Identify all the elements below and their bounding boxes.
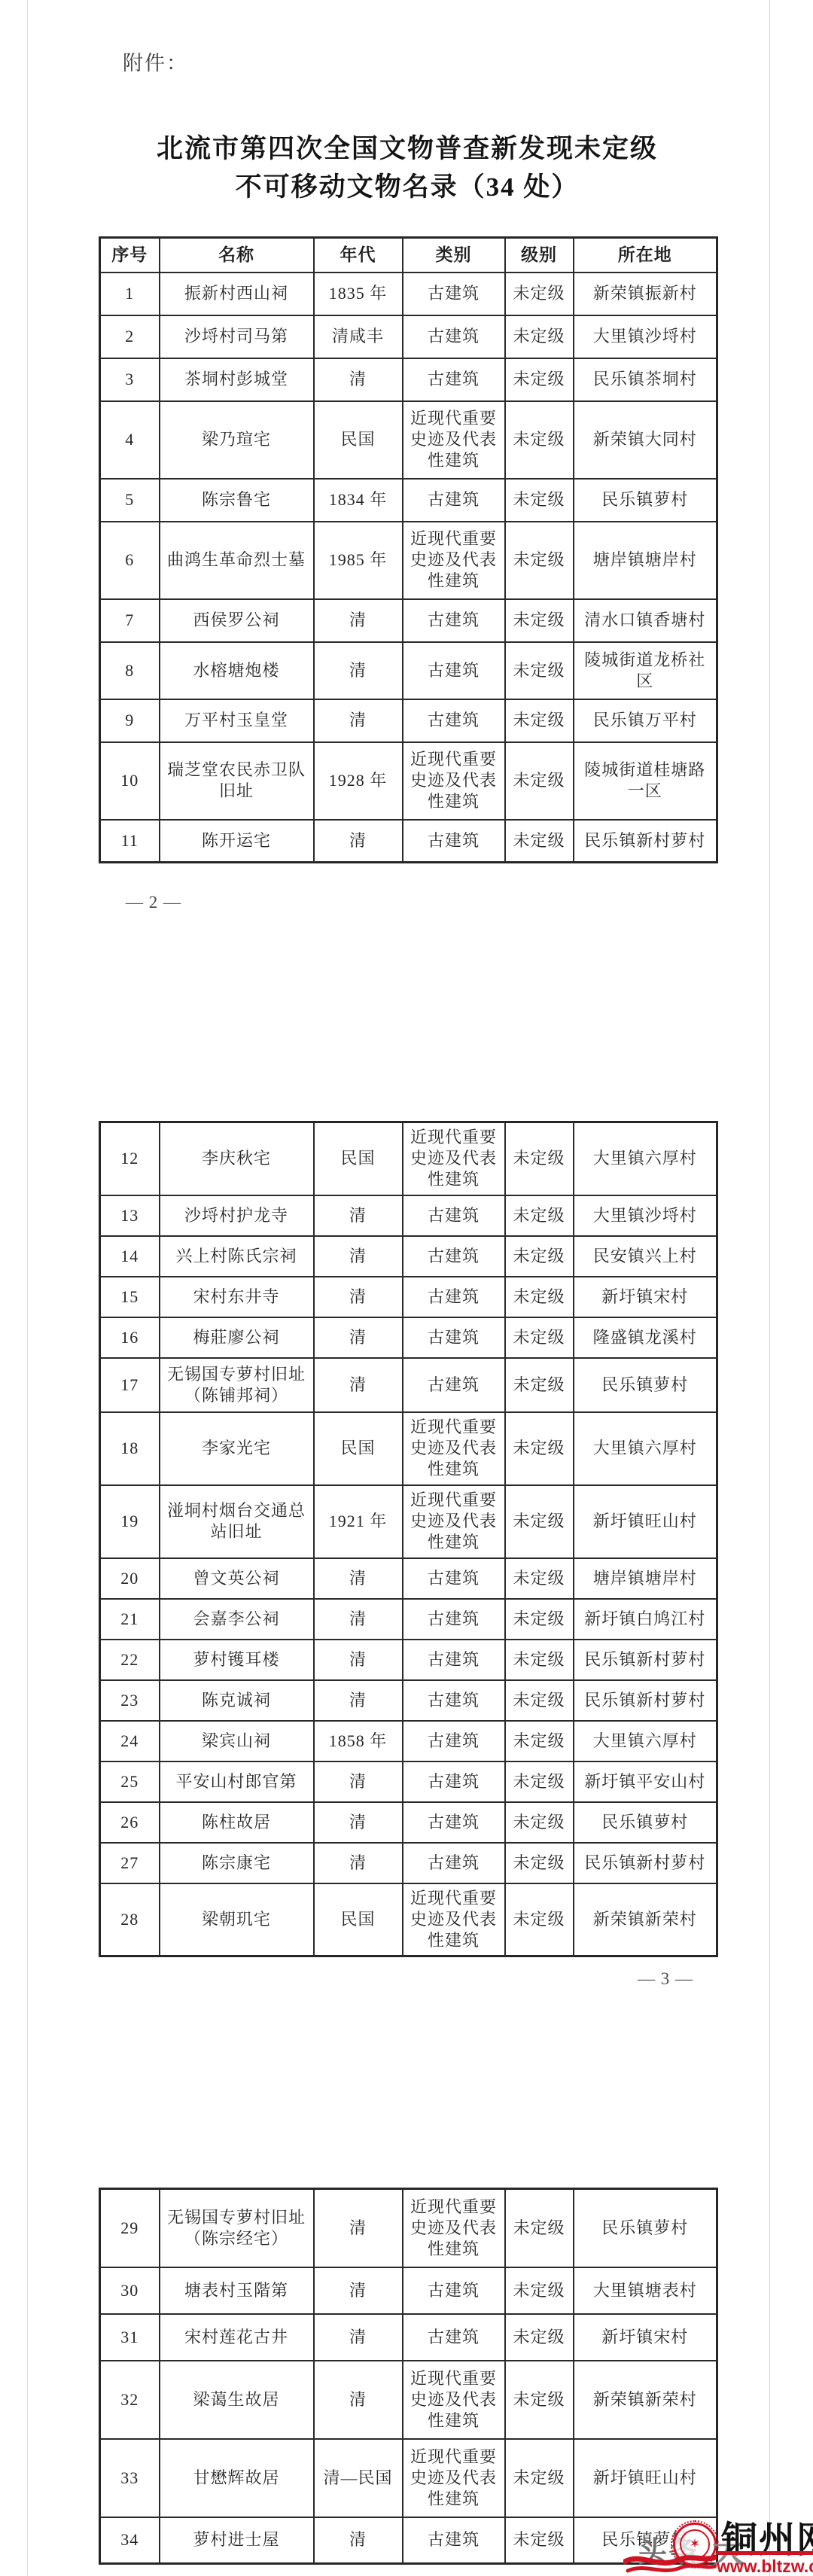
cell-location: 大里镇塘表村 [574, 2267, 717, 2314]
cell-category: 近现代重要史迹及代表性建筑 [403, 2361, 505, 2439]
cell-era: 1921 年 [314, 1485, 403, 1558]
table-row: 13沙埒村护龙寺清古建筑未定级大里镇沙埒村 [100, 1195, 717, 1236]
table-row: 7西侯罗公祠清古建筑未定级清水口镇香塘村 [100, 599, 717, 642]
table-row: 18李家光宅民国近现代重要史迹及代表性建筑未定级大里镇六厚村 [100, 1412, 717, 1485]
site-watermark: 头条 ✶ 大 铜州网 www.bltzw.com [623, 2503, 813, 2576]
cell-category: 古建筑 [403, 1317, 505, 1358]
cell-name: 梁宾山祠 [160, 1721, 314, 1761]
cell-era: 清 [314, 358, 403, 401]
page-edge-line-right [769, 0, 770, 2576]
cell-category: 古建筑 [403, 1721, 505, 1761]
table-row: 1振新村西山祠1835 年古建筑未定级新荣镇振新村 [100, 273, 717, 315]
cell-category: 古建筑 [403, 1195, 505, 1236]
cell-level: 未定级 [505, 1317, 574, 1358]
cell-location: 新圩镇平安山村 [574, 1761, 717, 1802]
cell-name: 萝村进士屋 [160, 2517, 314, 2564]
cell-location: 新荣镇新荣村 [574, 1883, 717, 1956]
cell-category: 近现代重要史迹及代表性建筑 [403, 1122, 505, 1195]
cell-category: 古建筑 [403, 1277, 505, 1317]
cell-level: 未定级 [505, 1721, 574, 1761]
cell-location: 民乐镇万平村 [574, 699, 717, 742]
cell-location: 新圩镇宋村 [574, 2314, 717, 2361]
cell-name: 陈宗康宅 [160, 1843, 314, 1883]
cell-location: 大里镇沙埒村 [574, 315, 717, 358]
cell-category: 古建筑 [403, 2314, 505, 2361]
cell-no: 23 [100, 1680, 160, 1721]
cell-no: 33 [100, 2439, 160, 2517]
cell-category: 古建筑 [403, 1680, 505, 1721]
cell-no: 21 [100, 1599, 160, 1640]
cell-no: 26 [100, 1802, 160, 1843]
table-row: 5陈宗鲁宅1834 年古建筑未定级民乐镇萝村 [100, 479, 717, 522]
watermark-underline [717, 2551, 813, 2555]
table-row: 28梁朝玑宅民国近现代重要史迹及代表性建筑未定级新荣镇新荣村 [100, 1883, 717, 1956]
cell-name: 梁朝玑宅 [160, 1883, 314, 1956]
cell-level: 未定级 [505, 2314, 574, 2361]
cell-no: 31 [100, 2314, 160, 2361]
cell-level: 未定级 [505, 1640, 574, 1680]
cell-name: 茶垌村彭城堂 [160, 358, 314, 401]
cell-name: 梅莊廖公祠 [160, 1317, 314, 1358]
table-row: 32梁蔼生故居清近现代重要史迹及代表性建筑未定级新荣镇新荣村 [100, 2361, 717, 2439]
cell-era: 清 [314, 699, 403, 742]
cell-level: 未定级 [505, 2439, 574, 2517]
cell-name: 塘表村玉階第 [160, 2267, 314, 2314]
cell-era: 清 [314, 1195, 403, 1236]
cell-era: 清咸丰 [314, 315, 403, 358]
cell-era: 清 [314, 2517, 403, 2564]
table-row: 21会嘉李公祠清古建筑未定级新圩镇白鸠江村 [100, 1599, 717, 1640]
cell-no: 14 [100, 1236, 160, 1277]
column-header: 年代 [314, 238, 403, 273]
cell-level: 未定级 [505, 273, 574, 315]
cell-no: 20 [100, 1558, 160, 1599]
cell-location: 新荣镇大同村 [574, 401, 717, 479]
cell-no: 28 [100, 1883, 160, 1956]
table-row: 19湴垌村烟台交通总站旧址1921 年近现代重要史迹及代表性建筑未定级新圩镇旺山… [100, 1485, 717, 1558]
cell-level: 未定级 [505, 315, 574, 358]
cell-category: 古建筑 [403, 273, 505, 315]
cell-level: 未定级 [505, 2189, 574, 2267]
cell-era: 清 [314, 1358, 403, 1412]
cell-category: 近现代重要史迹及代表性建筑 [403, 2189, 505, 2267]
table-row: 16梅莊廖公祠清古建筑未定级隆盛镇龙溪村 [100, 1317, 717, 1358]
document-title-line1: 北流市第四次全国文物普查新发现未定级 [99, 129, 716, 168]
table-row: 2沙埒村司马第清咸丰古建筑未定级大里镇沙埒村 [100, 315, 717, 358]
cell-no: 1 [100, 273, 160, 315]
table-row: 3茶垌村彭城堂清古建筑未定级民乐镇茶垌村 [100, 358, 717, 401]
table-row: 23陈克诚祠清古建筑未定级民乐镇新村萝村 [100, 1680, 717, 1721]
column-header: 级别 [505, 238, 574, 273]
cell-level: 未定级 [505, 1761, 574, 1802]
table-row: 8水榕塘炮楼清古建筑未定级陵城街道龙桥社区 [100, 642, 717, 699]
cell-level: 未定级 [505, 1883, 574, 1956]
cell-era: 清 [314, 1317, 403, 1358]
cell-name: 振新村西山祠 [160, 273, 314, 315]
cell-level: 未定级 [505, 358, 574, 401]
column-header: 类别 [403, 238, 505, 273]
cell-name: 甘懋辉故居 [160, 2439, 314, 2517]
cell-name: 无锡国专萝村旧址（陈宗经宅） [160, 2189, 314, 2267]
cell-level: 未定级 [505, 642, 574, 699]
cell-category: 近现代重要史迹及代表性建筑 [403, 1485, 505, 1558]
cell-level: 未定级 [505, 820, 574, 863]
table-row: 22萝村镬耳楼清古建筑未定级民乐镇新村萝村 [100, 1640, 717, 1680]
table-row: 15宋村东井寺清古建筑未定级新圩镇宋村 [100, 1277, 717, 1317]
cell-level: 未定级 [505, 2267, 574, 2314]
cell-level: 未定级 [505, 1195, 574, 1236]
cell-era: 清 [314, 1843, 403, 1883]
cell-location: 新圩镇宋村 [574, 1277, 717, 1317]
cell-no: 17 [100, 1358, 160, 1412]
cell-category: 古建筑 [403, 699, 505, 742]
cell-no: 24 [100, 1721, 160, 1761]
cell-name: 梁蔼生故居 [160, 2361, 314, 2439]
cell-name: 曲鸿生革命烈士墓 [160, 522, 314, 599]
cell-era: 清 [314, 599, 403, 642]
table-row: 20曾文英公祠清古建筑未定级塘岸镇塘岸村 [100, 1558, 717, 1599]
attachment-label: 附件： [123, 47, 188, 76]
cell-category: 古建筑 [403, 1558, 505, 1599]
table-row: 12李庆秋宅民国近现代重要史迹及代表性建筑未定级大里镇六厚村 [100, 1122, 717, 1195]
cell-no: 32 [100, 2361, 160, 2439]
cell-location: 民乐镇萝村 [574, 1358, 717, 1412]
cell-era: 清 [314, 1277, 403, 1317]
cell-level: 未定级 [505, 599, 574, 642]
cell-category: 古建筑 [403, 1640, 505, 1680]
cell-name: 宋村莲花古井 [160, 2314, 314, 2361]
cell-era: 1858 年 [314, 1721, 403, 1761]
cell-level: 未定级 [505, 401, 574, 479]
cell-no: 2 [100, 315, 160, 358]
cell-name: 西侯罗公祠 [160, 599, 314, 642]
cell-category: 古建筑 [403, 1761, 505, 1802]
cell-no: 29 [100, 2189, 160, 2267]
cell-era: 清—民国 [314, 2439, 403, 2517]
cell-location: 民乐镇萝村 [574, 1802, 717, 1843]
cell-category: 古建筑 [403, 479, 505, 522]
cell-category: 古建筑 [403, 1236, 505, 1277]
cell-location: 新荣镇新荣村 [574, 2361, 717, 2439]
cell-era: 清 [314, 2361, 403, 2439]
page-edge-line-left [27, 0, 28, 2576]
table-row: 24梁宾山祠1858 年古建筑未定级大里镇六厚村 [100, 1721, 717, 1761]
cell-no: 25 [100, 1761, 160, 1802]
cell-location: 塘岸镇塘岸村 [574, 522, 717, 599]
table-row: 10瑞芝堂农民赤卫队旧址1928 年近现代重要史迹及代表性建筑未定级陵城街道桂塘… [100, 742, 717, 820]
cell-no: 13 [100, 1195, 160, 1236]
cell-category: 古建筑 [403, 599, 505, 642]
cell-era: 民国 [314, 1883, 403, 1956]
cell-location: 大里镇六厚村 [574, 1721, 717, 1761]
column-header: 所在地 [574, 238, 717, 273]
cell-category: 古建筑 [403, 2267, 505, 2314]
cell-level: 未定级 [505, 522, 574, 599]
cell-level: 未定级 [505, 1599, 574, 1640]
cell-no: 10 [100, 742, 160, 820]
cell-category: 近现代重要史迹及代表性建筑 [403, 2439, 505, 2517]
cell-level: 未定级 [505, 1802, 574, 1843]
cell-era: 1834 年 [314, 479, 403, 522]
cell-era: 民国 [314, 1122, 403, 1195]
table-row: 30塘表村玉階第清古建筑未定级大里镇塘表村 [100, 2267, 717, 2314]
cell-no: 16 [100, 1317, 160, 1358]
cell-location: 民乐镇新村萝村 [574, 1640, 717, 1680]
cell-no: 27 [100, 1843, 160, 1883]
cell-category: 近现代重要史迹及代表性建筑 [403, 401, 505, 479]
cell-no: 12 [100, 1122, 160, 1195]
cell-name: 陈柱故居 [160, 1802, 314, 1843]
cell-name: 梁乃瑄宅 [160, 401, 314, 479]
cell-name: 水榕塘炮楼 [160, 642, 314, 699]
cell-level: 未定级 [505, 699, 574, 742]
cell-name: 陈宗鲁宅 [160, 479, 314, 522]
table-row: 26陈柱故居清古建筑未定级民乐镇萝村 [100, 1802, 717, 1843]
cell-level: 未定级 [505, 1277, 574, 1317]
cell-name: 曾文英公祠 [160, 1558, 314, 1599]
cell-category: 古建筑 [403, 1843, 505, 1883]
cell-category: 近现代重要史迹及代表性建筑 [403, 1412, 505, 1485]
wave-icon [623, 2551, 717, 2575]
cell-location: 民乐镇萝村 [574, 2189, 717, 2267]
cell-level: 未定级 [505, 1412, 574, 1485]
table-row: 25平安山村郎官第清古建筑未定级新圩镇平安山村 [100, 1761, 717, 1802]
cell-category: 古建筑 [403, 820, 505, 863]
relics-table-page2: 12李庆秋宅民国近现代重要史迹及代表性建筑未定级大里镇六厚村13沙埒村护龙寺清古… [99, 1121, 718, 1957]
cell-no: 4 [100, 401, 160, 479]
cell-location: 民安镇兴上村 [574, 1236, 717, 1277]
cell-level: 未定级 [505, 2361, 574, 2439]
page-number-3: — 3 — [99, 1969, 693, 1989]
document-title: 北流市第四次全国文物普查新发现未定级 不可移动文物名录（34 处） [99, 129, 716, 206]
table-row: 11陈开运宅清古建筑未定级民乐镇新村萝村 [100, 820, 717, 863]
cell-era: 民国 [314, 1412, 403, 1485]
cell-category: 古建筑 [403, 315, 505, 358]
cell-name: 萝村镬耳楼 [160, 1640, 314, 1680]
cell-no: 34 [100, 2517, 160, 2564]
cell-era: 清 [314, 2189, 403, 2267]
cell-name: 沙埒村司马第 [160, 315, 314, 358]
cell-location: 大里镇六厚村 [574, 1122, 717, 1195]
cell-category: 古建筑 [403, 1599, 505, 1640]
cell-name: 无锡国专萝村旧址（陈铺邦祠） [160, 1358, 314, 1412]
cell-name: 平安山村郎官第 [160, 1761, 314, 1802]
cell-name: 陈开运宅 [160, 820, 314, 863]
cell-no: 5 [100, 479, 160, 522]
table-row: 31宋村莲花古井清古建筑未定级新圩镇宋村 [100, 2314, 717, 2361]
cell-location: 民乐镇新村萝村 [574, 1843, 717, 1883]
cell-location: 大里镇沙埒村 [574, 1195, 717, 1236]
document-title-line2: 不可移动文物名录（34 处） [99, 168, 716, 206]
cell-location: 隆盛镇龙溪村 [574, 1317, 717, 1358]
relics-table-page1: 序号名称年代类别级别所在地1振新村西山祠1835 年古建筑未定级新荣镇振新村2沙… [99, 236, 718, 863]
cell-level: 未定级 [505, 1558, 574, 1599]
cell-no: 15 [100, 1277, 160, 1317]
cell-era: 清 [314, 1640, 403, 1680]
cell-category: 古建筑 [403, 642, 505, 699]
cell-era: 清 [314, 820, 403, 863]
page-number-2: — 2 — [126, 893, 181, 912]
cell-era: 清 [314, 1802, 403, 1843]
cell-level: 未定级 [505, 1236, 574, 1277]
cell-era: 清 [314, 1680, 403, 1721]
cell-name: 兴上村陈氏宗祠 [160, 1236, 314, 1277]
cell-location: 陵城街道桂塘路一区 [574, 742, 717, 820]
cell-location: 陵城街道龙桥社区 [574, 642, 717, 699]
cell-name: 陈克诚祠 [160, 1680, 314, 1721]
cell-name: 李庆秋宅 [160, 1122, 314, 1195]
cell-category: 古建筑 [403, 1802, 505, 1843]
cell-no: 11 [100, 820, 160, 863]
cell-no: 6 [100, 522, 160, 599]
cell-level: 未定级 [505, 742, 574, 820]
cell-level: 未定级 [505, 2517, 574, 2564]
cell-name: 湴垌村烟台交通总站旧址 [160, 1485, 314, 1558]
cell-location: 新圩镇旺山村 [574, 1485, 717, 1558]
column-header: 名称 [160, 238, 314, 273]
cell-location: 新圩镇白鸠江村 [574, 1599, 717, 1640]
table-row: 6曲鸿生革命烈士墓1985 年近现代重要史迹及代表性建筑未定级塘岸镇塘岸村 [100, 522, 717, 599]
cell-no: 30 [100, 2267, 160, 2314]
cell-level: 未定级 [505, 1485, 574, 1558]
cell-level: 未定级 [505, 1358, 574, 1412]
cell-location: 民乐镇萝村 [574, 479, 717, 522]
table-row: 9万平村玉皇堂清古建筑未定级民乐镇万平村 [100, 699, 717, 742]
cell-name: 万平村玉皇堂 [160, 699, 314, 742]
cell-name: 李家光宅 [160, 1412, 314, 1485]
cell-name: 瑞芝堂农民赤卫队旧址 [160, 742, 314, 820]
cell-level: 未定级 [505, 1843, 574, 1883]
cell-era: 1985 年 [314, 522, 403, 599]
watermark-url: www.bltzw.com [717, 2556, 813, 2576]
table-row: 17无锡国专萝村旧址（陈铺邦祠）清古建筑未定级民乐镇萝村 [100, 1358, 717, 1412]
cell-era: 1835 年 [314, 273, 403, 315]
cell-category: 近现代重要史迹及代表性建筑 [403, 742, 505, 820]
cell-level: 未定级 [505, 479, 574, 522]
cell-era: 1928 年 [314, 742, 403, 820]
cell-era: 清 [314, 1236, 403, 1277]
table-row: 14兴上村陈氏宗祠清古建筑未定级民安镇兴上村 [100, 1236, 717, 1277]
cell-era: 清 [314, 1558, 403, 1599]
cell-name: 宋村东井寺 [160, 1277, 314, 1317]
cell-era: 清 [314, 642, 403, 699]
cell-category: 近现代重要史迹及代表性建筑 [403, 522, 505, 599]
seal-star-icon: ✶ [689, 2538, 700, 2551]
cell-era: 清 [314, 1761, 403, 1802]
column-header: 序号 [100, 238, 160, 273]
cell-location: 塘岸镇塘岸村 [574, 1558, 717, 1599]
cell-level: 未定级 [505, 1680, 574, 1721]
cell-name: 会嘉李公祠 [160, 1599, 314, 1640]
cell-category: 古建筑 [403, 1358, 505, 1412]
cell-no: 22 [100, 1640, 160, 1680]
table-row: 27陈宗康宅清古建筑未定级民乐镇新村萝村 [100, 1843, 717, 1883]
cell-location: 民乐镇新村萝村 [574, 1680, 717, 1721]
table-row: 4梁乃瑄宅民国近现代重要史迹及代表性建筑未定级新荣镇大同村 [100, 401, 717, 479]
cell-category: 古建筑 [403, 358, 505, 401]
cell-era: 民国 [314, 401, 403, 479]
cell-location: 大里镇六厚村 [574, 1412, 717, 1485]
cell-location: 清水口镇香塘村 [574, 599, 717, 642]
cell-no: 18 [100, 1412, 160, 1485]
cell-era: 清 [314, 1599, 403, 1640]
cell-level: 未定级 [505, 1122, 574, 1195]
cell-era: 清 [314, 2267, 403, 2314]
cell-no: 3 [100, 358, 160, 401]
cell-category: 近现代重要史迹及代表性建筑 [403, 1883, 505, 1956]
cell-location: 民乐镇新村萝村 [574, 820, 717, 863]
cell-location: 民乐镇茶垌村 [574, 358, 717, 401]
table-header-row: 序号名称年代类别级别所在地 [100, 238, 717, 273]
cell-no: 9 [100, 699, 160, 742]
cell-no: 19 [100, 1485, 160, 1558]
cell-category: 古建筑 [403, 2517, 505, 2564]
cell-no: 7 [100, 599, 160, 642]
table-row: 29无锡国专萝村旧址（陈宗经宅）清近现代重要史迹及代表性建筑未定级民乐镇萝村 [100, 2189, 717, 2267]
cell-era: 清 [314, 2314, 403, 2361]
cell-location: 新荣镇振新村 [574, 273, 717, 315]
cell-name: 沙埒村护龙寺 [160, 1195, 314, 1236]
cell-no: 8 [100, 642, 160, 699]
